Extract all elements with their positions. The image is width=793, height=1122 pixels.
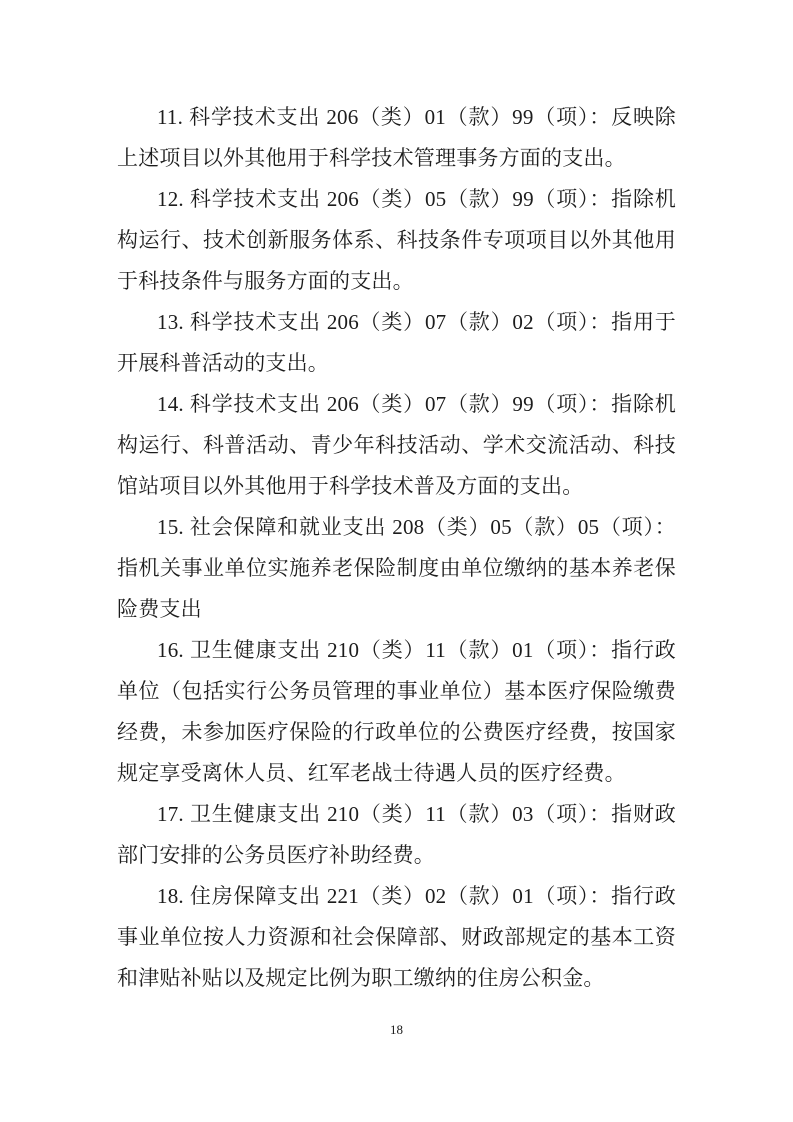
page-number: 18: [0, 1022, 793, 1038]
document-body: 11. 科学技术支出 206（类）01（款）99（项）：反映除上述项目以外其他用…: [117, 97, 676, 999]
paragraph-item-11: 11. 科学技术支出 206（类）01（款）99（项）：反映除上述项目以外其他用…: [117, 97, 676, 179]
paragraph-item-13: 13. 科学技术支出 206（类）07（款）02（项）：指用于开展科普活动的支出…: [117, 302, 676, 384]
paragraph-item-16: 16. 卫生健康支出 210（类）11（款）01（项）：指行政单位（包括实行公务…: [117, 630, 676, 794]
document-page: 11. 科学技术支出 206（类）01（款）99（项）：反映除上述项目以外其他用…: [0, 0, 793, 1122]
paragraph-item-14: 14. 科学技术支出 206（类）07（款）99（项）：指除机构运行、科普活动、…: [117, 384, 676, 507]
paragraph-item-18: 18. 住房保障支出 221（类）02（款）01（项）：指行政事业单位按人力资源…: [117, 876, 676, 999]
paragraph-item-15: 15. 社会保障和就业支出 208（类）05（款）05（项）：指机关事业单位实施…: [117, 507, 676, 630]
paragraph-item-12: 12. 科学技术支出 206（类）05（款）99（项）：指除机构运行、技术创新服…: [117, 179, 676, 302]
paragraph-item-17: 17. 卫生健康支出 210（类）11（款）03（项）：指财政部门安排的公务员医…: [117, 794, 676, 876]
